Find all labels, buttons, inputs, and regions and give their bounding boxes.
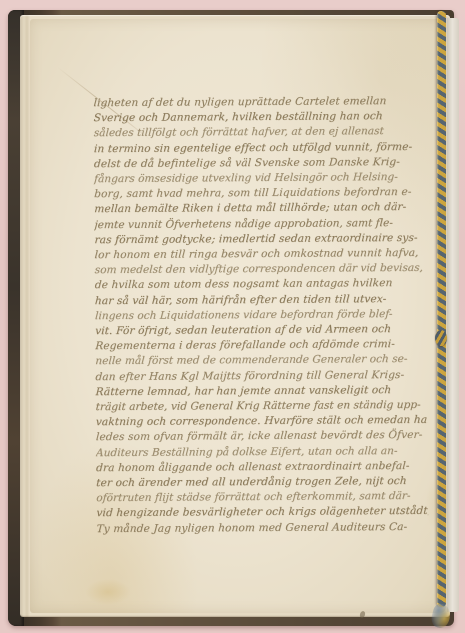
manuscript-line: således tillfölgt och förrättat hafver, …	[93, 124, 426, 142]
paper-stain	[359, 610, 366, 618]
facing-page-edge	[447, 18, 459, 612]
photo-background: ligheten af det du nyligen uprättade Car…	[0, 0, 465, 633]
manuscript-line: de hvilka som utom dess nogsamt kan anta…	[94, 276, 427, 294]
paper-stain	[85, 579, 131, 605]
manuscript-line: Ty månde Jag nyligen honom med General A…	[96, 520, 429, 538]
bookmark-cord	[437, 11, 446, 607]
manuscript-line: mellan bemälte Riken i detta mål tillhör…	[94, 200, 427, 218]
manuscript-text-block: ligheten af det du nyligen uprättade Car…	[93, 94, 428, 537]
bookmark-cord-kink	[435, 330, 447, 346]
